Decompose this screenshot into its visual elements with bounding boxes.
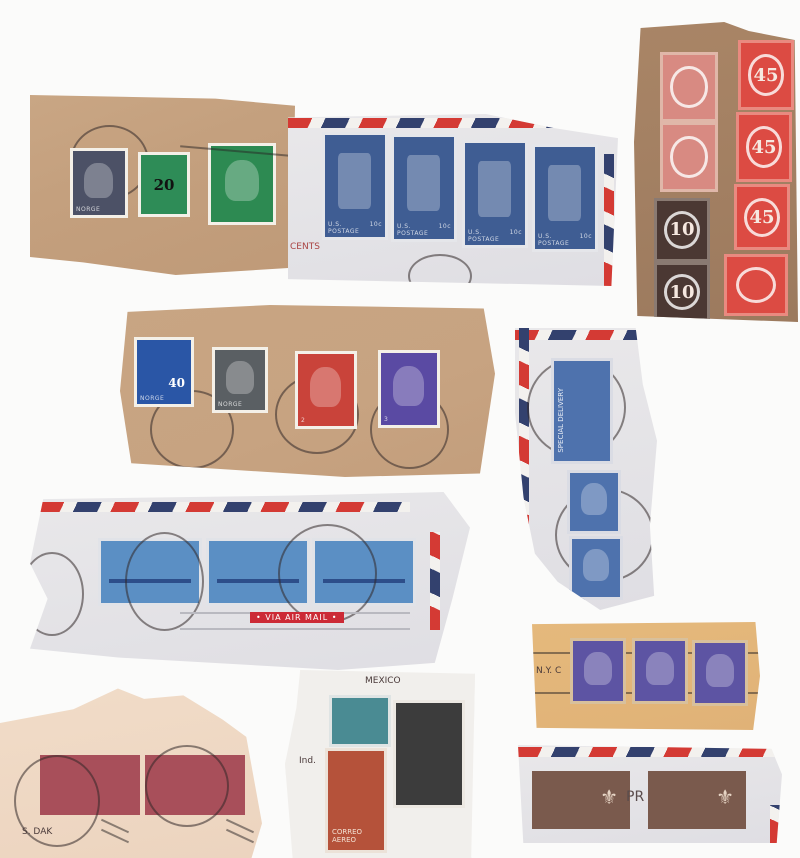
stamp-value: 10c <box>439 223 451 237</box>
airmail-border <box>515 330 657 340</box>
stamp-germany-45: 45 <box>736 112 792 182</box>
numeral-ring: 45 <box>744 198 780 237</box>
fragment-us-commemorative: S. DAK <box>0 685 262 858</box>
stamp-label: SPECIAL DELIVERY <box>557 388 565 453</box>
portrait-icon <box>393 366 424 406</box>
stamp-us-10c: U.S. POSTAGE10c <box>322 132 388 240</box>
stamp-value: 45 <box>753 65 778 86</box>
airmail-border <box>430 532 440 630</box>
stamp-value: 10c <box>510 229 522 243</box>
airmail-border <box>770 805 780 843</box>
stamp-norway-violet-portrait: 3 <box>378 350 440 428</box>
fragment-us-presidential: N.Y. C <box>532 622 760 730</box>
stamp-label: CORREO AEREO <box>332 828 384 844</box>
stamp-us-10c: U.S. POSTAGE10c <box>391 134 457 242</box>
stamp-mexico-correo-aereo: CORREO AEREO <box>325 748 387 853</box>
fleur-de-lis-icon: ⚜ <box>600 785 618 809</box>
stamp-label: U.S. POSTAGE <box>397 223 439 237</box>
stamp-value: 10c <box>370 221 382 235</box>
numeral-ring <box>736 267 777 304</box>
stamp-value: 10c <box>580 233 592 247</box>
header-text: MEXICO <box>365 676 401 686</box>
stamp-germany-10: 10 <box>654 198 710 262</box>
stamp-us-scouts: ⚜ <box>648 771 746 829</box>
stamp-norway-green-portrait <box>208 143 276 225</box>
marking-text: CENTS <box>290 242 320 252</box>
dove-icon <box>338 153 371 209</box>
stamp-us-jefferson <box>692 640 748 706</box>
fragment-us-airmail-jet: • VIA AIR MAIL • <box>30 492 470 670</box>
stamp-germany-faded <box>660 122 718 192</box>
stamp-norway-grey-portrait: NORGE <box>212 347 268 413</box>
stamp-value: 45 <box>751 137 776 158</box>
numeral-ring: 45 <box>748 54 784 95</box>
stamp-value: 45 <box>749 207 774 228</box>
airmail-border <box>288 118 618 128</box>
postmark <box>20 552 84 636</box>
portrait-icon <box>84 163 113 198</box>
postmark-text: PR <box>626 789 644 805</box>
fragment-norway-top: NORGE 20 <box>30 95 295 275</box>
stamp-value: 3 <box>384 416 388 423</box>
stamp-germany-45 <box>724 254 788 316</box>
stamp-us-10c: U.S. POSTAGE10c <box>532 144 598 252</box>
side-text: Ind. <box>299 756 316 766</box>
airmail-border <box>604 154 614 286</box>
stamp-label: U.S. POSTAGE <box>328 221 370 235</box>
stamp-germany-faded <box>660 52 718 122</box>
stamp-germany-45: 45 <box>738 40 794 110</box>
stamp-label: U.S. POSTAGE <box>468 229 510 243</box>
numeral-ring: 45 <box>746 126 782 167</box>
via-air-mail-label: • VIA AIR MAIL • <box>250 612 344 623</box>
stamp-norway-portrait: NORGE <box>70 148 128 218</box>
stamp-us-jefferson <box>632 638 688 704</box>
postmark <box>408 254 472 298</box>
portrait-icon <box>706 654 734 687</box>
postmark-text: N.Y. C <box>536 666 561 676</box>
portrait-icon <box>226 361 254 394</box>
fragment-mexico: MEXICO Ind. CORREO AEREO <box>285 670 475 858</box>
stamp-us-portrait <box>567 470 621 534</box>
postmark <box>278 524 377 623</box>
stamp-value: 10 <box>669 282 694 303</box>
portrait-icon <box>225 160 259 202</box>
fragment-germany-block: 10 10 45 45 45 <box>634 22 798 322</box>
fragment-us-airmail-four: U.S. POSTAGE10c U.S. POSTAGE10c U.S. POS… <box>288 114 618 286</box>
stamp-surcharge: 20 <box>154 176 175 194</box>
dove-icon <box>478 161 511 217</box>
airmail-border <box>40 502 410 512</box>
numeral-ring <box>670 136 707 177</box>
numeral-ring <box>670 66 707 107</box>
fleur-de-lis-icon: ⚜ <box>716 785 734 809</box>
stamp-country: NORGE <box>76 206 100 213</box>
stamp-us-10c: U.S. POSTAGE10c <box>462 140 528 248</box>
stamp-germany-10: 10 <box>654 262 710 322</box>
numeral-ring: 10 <box>664 274 700 310</box>
stamp-mexico-airplane <box>329 695 391 747</box>
fragment-us-scouts: ⚜ ⚜ PR <box>518 745 782 843</box>
stamp-value: 40 <box>168 376 185 390</box>
dove-icon <box>548 165 581 221</box>
stamp-norway-posthorn: 20 <box>138 152 190 217</box>
stamp-value: 10 <box>669 219 694 240</box>
stamp-label: U.S. POSTAGE <box>538 233 580 247</box>
stamp-value: 2 <box>301 417 305 424</box>
airmail-border <box>519 328 529 610</box>
airmail-border <box>518 747 782 757</box>
portrait-icon <box>581 483 607 515</box>
stamp-norway-red-portrait: 2 <box>295 351 357 429</box>
postmark <box>145 745 229 827</box>
fragment-norway-middle: 40 NORGE NORGE 2 3 <box>120 305 495 477</box>
stamp-germany-45: 45 <box>734 184 790 250</box>
postmark-text: S. DAK <box>22 827 52 837</box>
portrait-icon <box>310 367 341 407</box>
stamp-norway-lion: 40 NORGE <box>134 337 194 407</box>
stamp-us-scouts: ⚜ <box>532 771 630 829</box>
portrait-icon <box>584 652 612 685</box>
stamp-us-special-delivery: SPECIAL DELIVERY <box>551 358 613 464</box>
stamp-country: NORGE <box>218 401 242 408</box>
stamp-country: NORGE <box>140 395 164 402</box>
stamp-us-portrait <box>569 536 623 600</box>
dove-icon <box>407 155 440 211</box>
portrait-icon <box>583 549 609 581</box>
portrait-icon <box>646 652 674 685</box>
fragment-us-special-delivery: SPECIAL DELIVERY <box>515 328 657 610</box>
numeral-ring: 10 <box>664 211 700 249</box>
stamp-us-jefferson <box>570 638 626 704</box>
stamp-mexico-architecture <box>393 700 465 808</box>
